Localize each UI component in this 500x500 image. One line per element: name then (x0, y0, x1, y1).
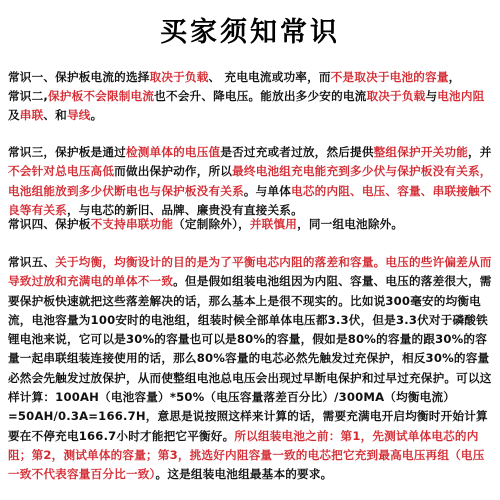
body-text: 常识二, (8, 89, 48, 103)
tip-5-paragraph: 常识五、关于均衡，均衡设计的目的是为了平衡电芯内阻的落差和容量。电压的些许偏差从… (8, 253, 496, 485)
highlighted-text: 不会针对总电压高低 (8, 164, 114, 178)
body-text: 。 (91, 108, 103, 122)
highlighted-text: 检测单体的电压值 (126, 145, 220, 159)
highlighted-text: 电池内阻 (437, 89, 484, 103)
body-text: 。这是组装电池组最基本的要求。 (156, 467, 333, 481)
body-text: 也不会升、降电压。能放出多少安的电流 (154, 89, 366, 103)
body-text: ，并 (468, 145, 492, 159)
page-title: 买家须知常识 (0, 10, 500, 49)
highlighted-text: 取决于负载 (150, 70, 209, 84)
body-text: 而做出保护动作，所以 (114, 164, 232, 178)
body-text: ，同一组电池除外。 (297, 217, 403, 231)
highlighted-text: 保护板不会限制电流 (48, 89, 154, 103)
highlighted-text: 不是取决于电池的容量 (331, 70, 449, 84)
body-text: 、 充电电流或功率，而 (209, 70, 331, 84)
tip-2-paragraph: 常识二,保护板不会限制电流也不会升、降电压。能放出多少安的电流取决于负载与电池内… (8, 87, 496, 126)
highlighted-text: 并联慎用 (250, 217, 297, 231)
body-text: ， (449, 70, 461, 84)
body-text: 常识一、保护板电流的选择 (8, 70, 150, 84)
body-text: 常识三，保护板是通过 (8, 145, 126, 159)
highlighted-text: 整组保护开关功能 (374, 145, 468, 159)
tip-1-paragraph: 常识一、保护板电流的选择取决于负载、 充电电流或功率，而不是取决于电池的容量， (8, 68, 496, 87)
highlighted-text: 串联 (20, 108, 44, 122)
body-text: 。与单体 (244, 184, 291, 198)
body-text: 及 (8, 108, 20, 122)
body-text: 。但是假如组装电池组因为内阻、容量、电压的落差很大，需要保护板快速就把这些落差解… (8, 274, 492, 442)
highlighted-text: 取决于负载 (366, 89, 425, 103)
body-text: （定制除外）， (173, 217, 250, 231)
body-text: 与 (425, 89, 437, 103)
body-text: 是否过充或者过放，然后提供 (220, 145, 373, 159)
highlighted-text: 不支持串联功能 (91, 217, 174, 231)
tip-4-paragraph: 常识四、保护板不支持串联功能（定制除外），并联慎用，同一组电池除外。 (8, 215, 496, 234)
body-text: 常识四、保护板 (8, 217, 91, 231)
highlighted-text: 导线 (67, 108, 91, 122)
body-text: 、和 (43, 108, 67, 122)
body-text: 常识五、 (8, 255, 55, 269)
tip-3-paragraph: 常识三，保护板是通过检测单体的电压值是否过充或者过放，然后提供整组保护开关功能，… (8, 143, 496, 220)
